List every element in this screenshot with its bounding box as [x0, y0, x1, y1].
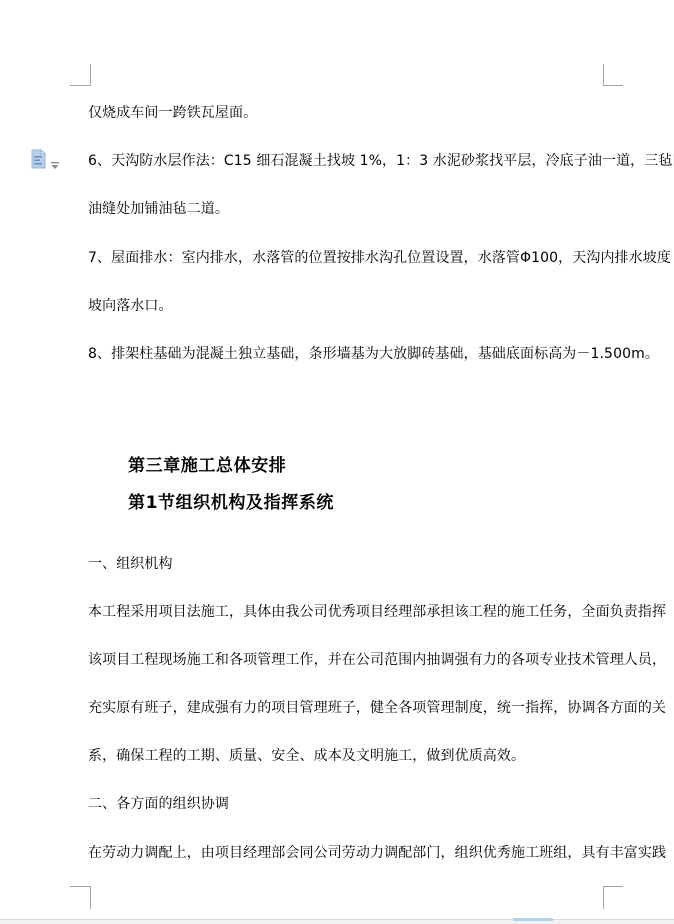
document-smart-tag-icon: [29, 148, 49, 174]
smart-tag-button[interactable]: [27, 146, 65, 172]
doc-line: 8、排架柱基础为混凝土独立基础，条形墙基为大放脚砖基础，基础底面标高为－1.50…: [88, 346, 659, 363]
crop-mark-bottom-right-icon: [603, 886, 623, 909]
doc-line: 7、屋面排水：室内排水，水落管的位置按排水沟孔位置设置，水落管Φ100，天沟内排…: [88, 250, 671, 267]
doc-line: 充实原有班子，建成强有力的项目管理班子，健全各项管理制度，统一指挥，协调各方面的…: [88, 700, 666, 717]
section-heading: 第1节组织机构及指挥系统: [128, 492, 334, 514]
chapter-heading: 第三章施工总体安排: [128, 455, 286, 477]
doc-line: 在劳动力调配上，由项目经理部会同公司劳动力调配部门，组织优秀施工班组，具有丰富实…: [88, 845, 666, 862]
doc-line: 本工程采用项目法施工，具体由我公司优秀项目经理部承担该工程的施工任务，全面负责指…: [88, 604, 666, 621]
page-gap: [0, 920, 674, 924]
doc-line: 6、天沟防水层作法：C15 细石混凝土找坡 1%，1：3 水泥砂浆找平层，冷底子…: [88, 153, 674, 170]
crop-mark-top-left-icon: [70, 64, 91, 86]
doc-line: 仅烧成车间一跨铁瓦屋面。: [88, 105, 257, 122]
doc-line: 一、组织机构: [88, 556, 173, 573]
doc-line: 系，确保工程的工期、质量、安全、成本及文明施工，做到优质高效。: [88, 748, 525, 765]
page-gap-accent: [513, 918, 553, 921]
doc-line: 二、各方面的组织协调: [88, 796, 229, 813]
crop-mark-bottom-left-icon: [70, 886, 91, 909]
document-page[interactable]: 仅烧成车间一跨铁瓦屋面。 6、天沟防水层作法：C15 细石混凝土找坡 1%，1：…: [0, 0, 674, 924]
doc-line: 坡向落水口。: [88, 298, 173, 315]
crop-mark-top-right-icon: [603, 64, 623, 86]
dropdown-arrow-icon: [50, 155, 60, 174]
doc-line: 该项目工程现场施工和各项管理工作，并在公司范围内抽调强有力的各项专业技术管理人员…: [88, 652, 666, 669]
doc-line: 油缝处加铺油毡二道。: [88, 201, 229, 218]
